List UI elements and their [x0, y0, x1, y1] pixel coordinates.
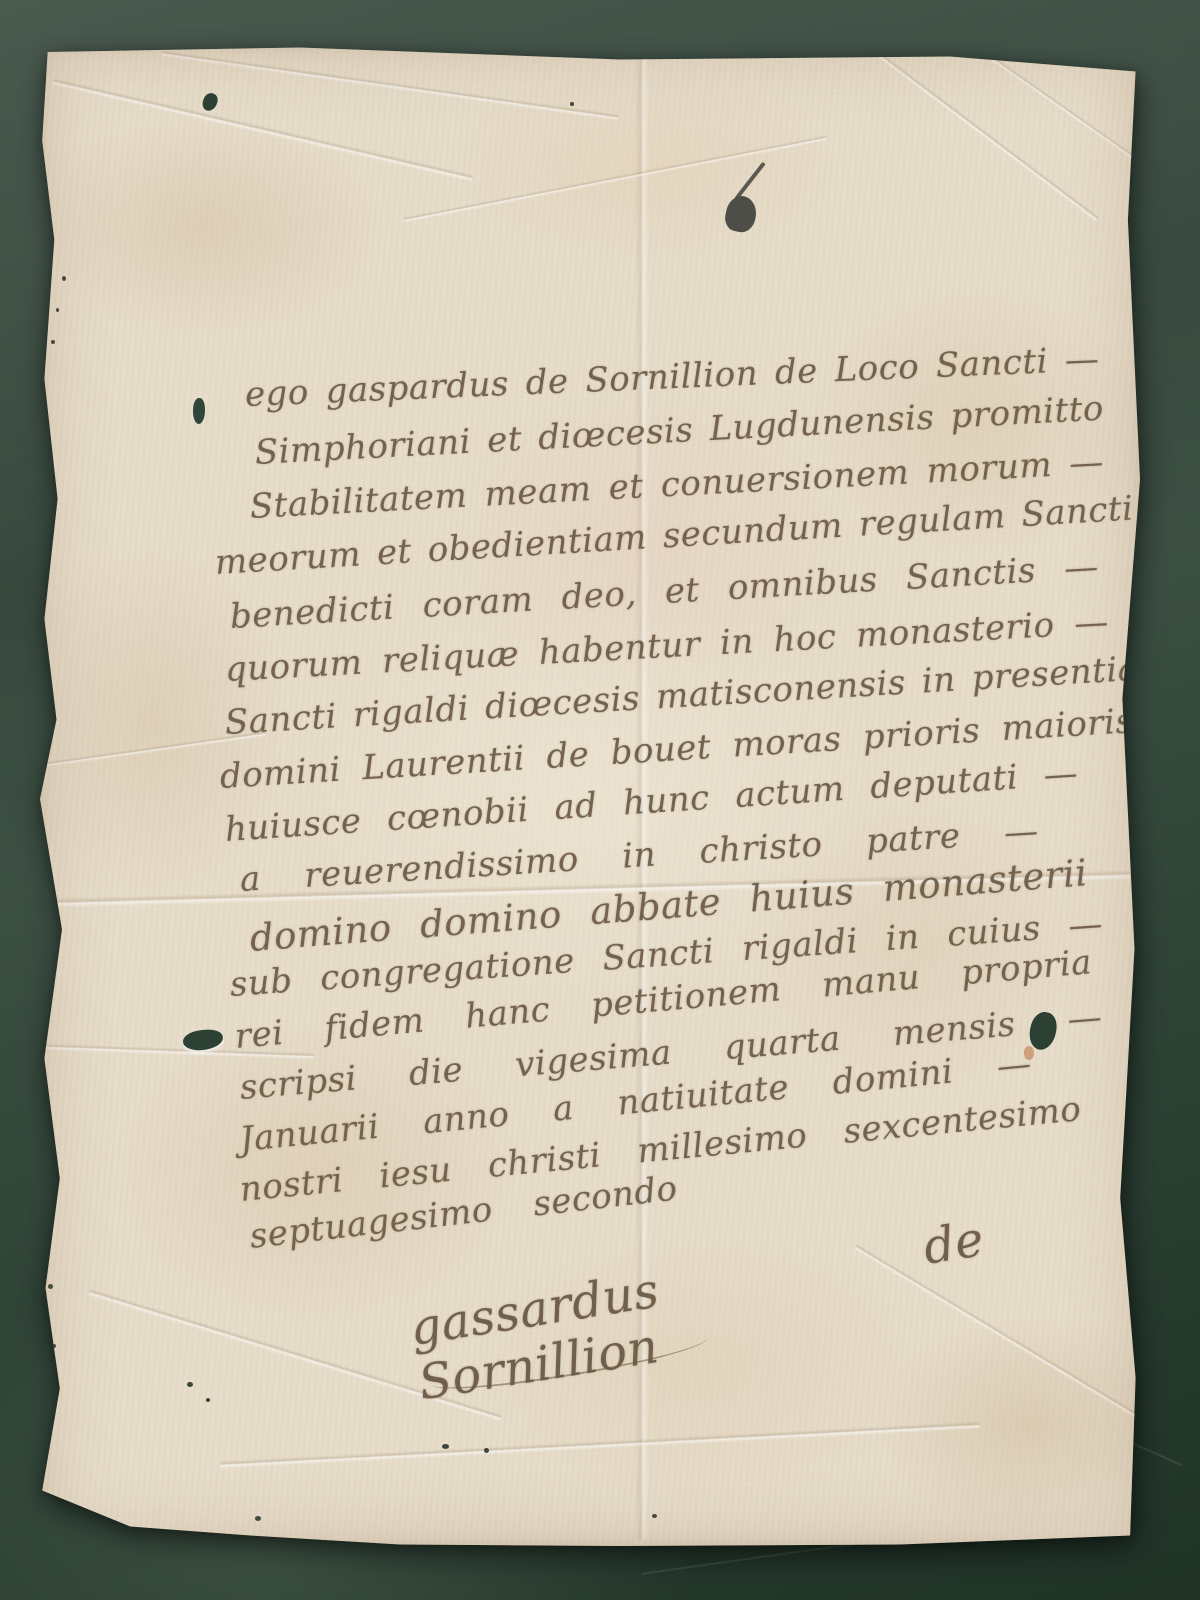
manuscript-paper: ego gaspardus de Sornillion de Loco Sanc… — [40, 46, 1140, 1546]
paper-shadow-wrap: ego gaspardus de Sornillion de Loco Sanc… — [0, 0, 1200, 1600]
manuscript-text-layer: ego gaspardus de Sornillion de Loco Sanc… — [40, 46, 1140, 1546]
table-surface: ego gaspardus de Sornillion de Loco Sanc… — [0, 0, 1200, 1600]
